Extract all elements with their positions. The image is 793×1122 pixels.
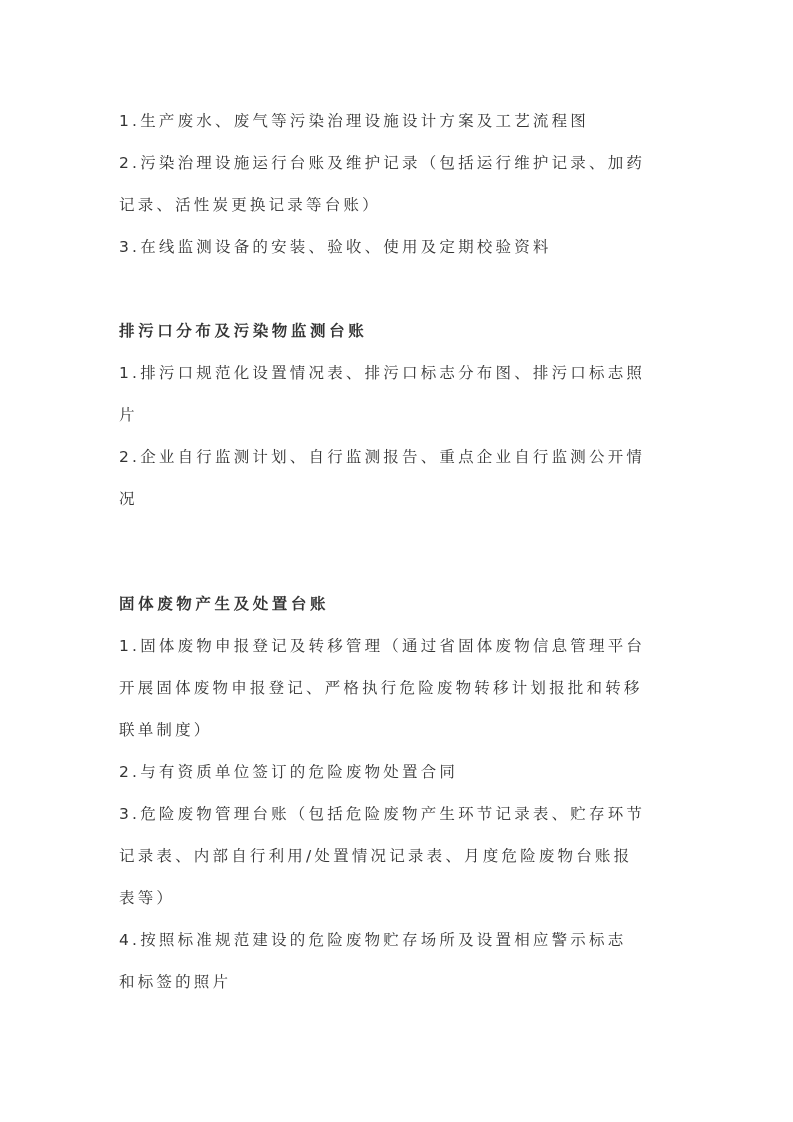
list-item-line: 和标签的照片 — [119, 961, 675, 1003]
document-page: 1.生产废水、废气等污染治理设施设计方案及工艺流程图 2.污染治理设施运行台账及… — [119, 100, 675, 1003]
list-item-line: 2.与有资质单位签订的危险废物处置合同 — [119, 751, 675, 793]
list-item-line: 4.按照标准规范建设的危险废物贮存场所及设置相应警示标志 — [119, 919, 675, 961]
list-item-line: 表等） — [119, 877, 675, 919]
list-item-line: 1.固体废物申报登记及转移管理（通过省固体废物信息管理平台 — [119, 625, 675, 667]
list-item-line: 况 — [119, 478, 675, 520]
section-spacer — [119, 520, 675, 583]
section-heading: 排污口分布及污染物监测台账 — [119, 310, 675, 352]
list-item-line: 3.危险废物管理台账（包括危险废物产生环节记录表、贮存环节 — [119, 793, 675, 835]
section-heading: 固体废物产生及处置台账 — [119, 583, 675, 625]
list-item-line: 2.污染治理设施运行台账及维护记录（包括运行维护记录、加药 — [119, 142, 675, 184]
list-item-line: 3.在线监测设备的安装、验收、使用及定期校验资料 — [119, 226, 675, 268]
list-item-line: 片 — [119, 394, 675, 436]
section-pollution-facilities: 1.生产废水、废气等污染治理设施设计方案及工艺流程图 2.污染治理设施运行台账及… — [119, 100, 675, 268]
section-outfall-monitoring: 排污口分布及污染物监测台账 1.排污口规范化设置情况表、排污口标志分布图、排污口… — [119, 310, 675, 520]
list-item-line: 1.生产废水、废气等污染治理设施设计方案及工艺流程图 — [119, 100, 675, 142]
list-item-line: 2.企业自行监测计划、自行监测报告、重点企业自行监测公开情 — [119, 436, 675, 478]
section-spacer — [119, 268, 675, 310]
list-item-line: 记录、活性炭更换记录等台账） — [119, 184, 675, 226]
list-item-line: 记录表、内部自行利用/处置情况记录表、月度危险废物台账报 — [119, 835, 675, 877]
list-item-line: 联单制度） — [119, 709, 675, 751]
list-item-line: 1.排污口规范化设置情况表、排污口标志分布图、排污口标志照 — [119, 352, 675, 394]
section-solid-waste: 固体废物产生及处置台账 1.固体废物申报登记及转移管理（通过省固体废物信息管理平… — [119, 583, 675, 1003]
list-item-line: 开展固体废物申报登记、严格执行危险废物转移计划报批和转移 — [119, 667, 675, 709]
